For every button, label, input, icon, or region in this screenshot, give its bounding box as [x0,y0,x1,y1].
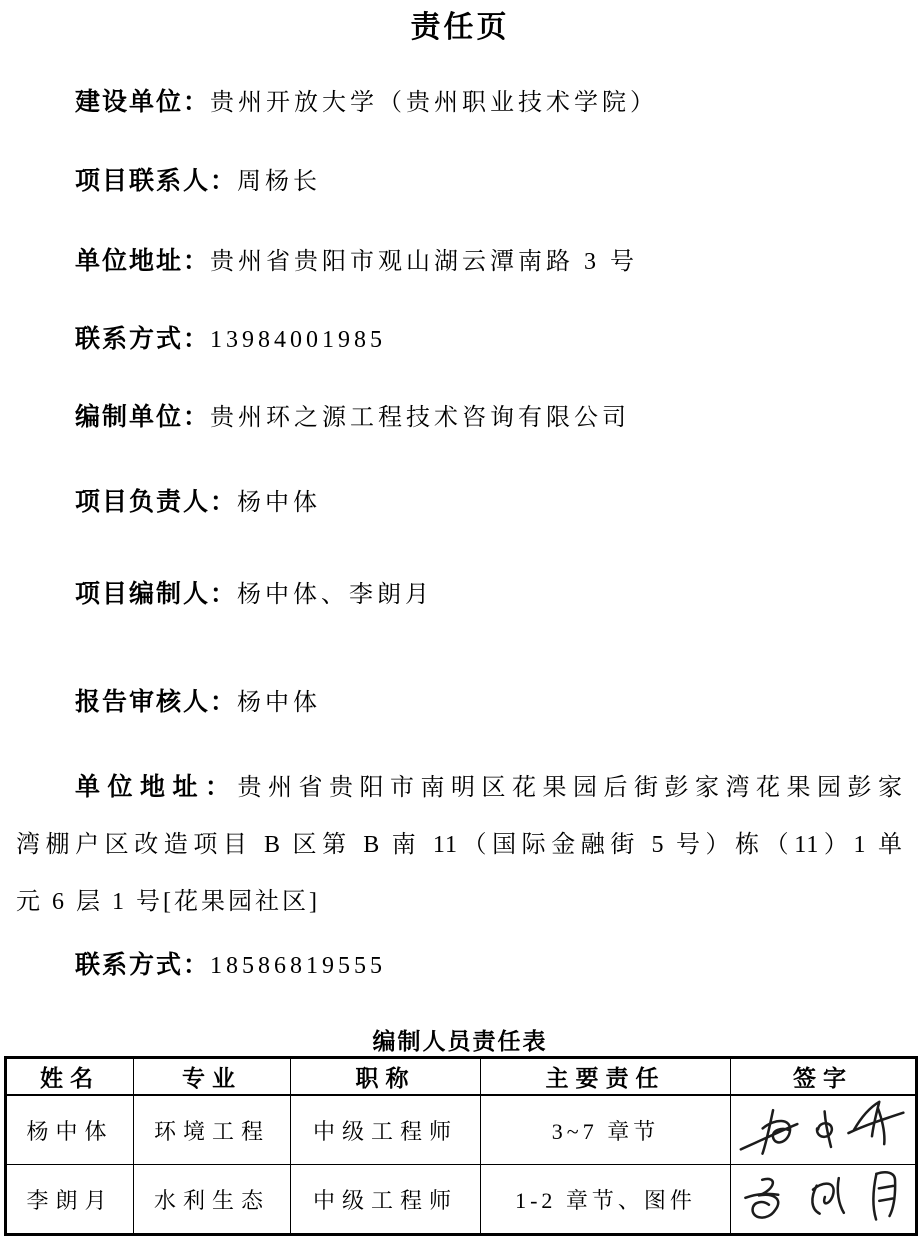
field-label: 项目负责人： [75,489,237,516]
field-value: 13984001985 [210,327,386,353]
field-label: 单位地址： [75,774,238,801]
field-value: 贵州环之源工程技术咨询有限公司 [210,405,630,431]
cell-signature [731,1095,917,1165]
field-label: 建设单位： [75,89,210,116]
signature-li-langyue-image [735,1168,911,1230]
cell-job-title: 中级工程师 [291,1095,481,1165]
address-paragraph-line-1: 单位地址：贵州省贵阳市南明区花果园后街彭家湾花果园彭家 [75,772,903,806]
field-contact-phone-1: 联系方式：13984001985 [75,323,386,357]
cell-name: 杨中体 [6,1095,134,1165]
personnel-responsibility-table: 姓名 专业 职称 主要责任 签字 杨中体 环境工程 中级工程师 3~7 章节 [4,1056,918,1236]
field-project-contact: 项目联系人：周杨长 [75,165,321,199]
field-value: 贵州省贵阳市观山湖云潭南路 3 号 [210,249,638,275]
table-row: 杨中体 环境工程 中级工程师 3~7 章节 [6,1095,917,1165]
table-title: 编制人员责任表 [0,1023,920,1056]
field-value: 杨中体 [237,690,321,716]
signature-yang-zhongti-image [735,1099,911,1161]
field-label: 联系方式： [75,952,210,979]
cell-major: 环境工程 [134,1095,291,1165]
field-value: 杨中体 [237,490,321,516]
field-value: 贵州开放大学（贵州职业技术学院） [210,90,658,116]
cell-signature [731,1165,917,1235]
address-text: 贵州省贵阳市南明区花果园后街彭家湾花果园彭家 [238,775,904,801]
field-label: 单位地址： [75,248,210,275]
cell-major: 水利生态 [134,1165,291,1235]
field-label: 编制单位： [75,404,210,431]
field-value: 周杨长 [237,169,321,195]
field-label: 报告审核人： [75,689,237,716]
field-value: 杨中体、李朗月 [237,582,433,608]
field-construction-unit: 建设单位：贵州开放大学（贵州职业技术学院） [75,86,658,120]
field-project-compilers: 项目编制人：杨中体、李朗月 [75,578,433,612]
address-paragraph-line-2: 湾棚户区改造项目 B 区第 B 南 11（国际金融街 5 号）栋（11）1 单 [16,829,903,863]
header-duty: 主要责任 [481,1058,731,1096]
field-compiling-unit: 编制单位：贵州环之源工程技术咨询有限公司 [75,401,630,435]
field-value: 18586819555 [210,953,386,979]
field-unit-address-1: 单位地址：贵州省贵阳市观山湖云潭南路 3 号 [75,245,638,279]
header-name: 姓名 [6,1058,134,1096]
header-job-title: 职称 [291,1058,481,1096]
cell-duty: 1-2 章节、图件 [481,1165,731,1235]
field-label: 项目编制人： [75,581,237,608]
cell-job-title: 中级工程师 [291,1165,481,1235]
header-major: 专业 [134,1058,291,1096]
field-label: 联系方式： [75,326,210,353]
table-row: 李朗月 水利生态 中级工程师 1-2 章节、图件 [6,1165,917,1235]
table-header-row: 姓名 专业 职称 主要责任 签字 [6,1058,917,1096]
cell-duty: 3~7 章节 [481,1095,731,1165]
field-project-leader: 项目负责人：杨中体 [75,486,321,520]
page-title: 责任页 [0,2,920,46]
field-report-reviewer: 报告审核人：杨中体 [75,686,321,720]
field-label: 项目联系人： [75,168,237,195]
header-signature: 签字 [731,1058,917,1096]
address-paragraph-line-3: 元 6 层 1 号[花果园社区] [16,886,903,918]
cell-name: 李朗月 [6,1165,134,1235]
document-page: 责任页 建设单位：贵州开放大学（贵州职业技术学院） 项目联系人：周杨长 单位地址… [0,0,920,1240]
field-contact-phone-2: 联系方式：18586819555 [75,949,386,983]
